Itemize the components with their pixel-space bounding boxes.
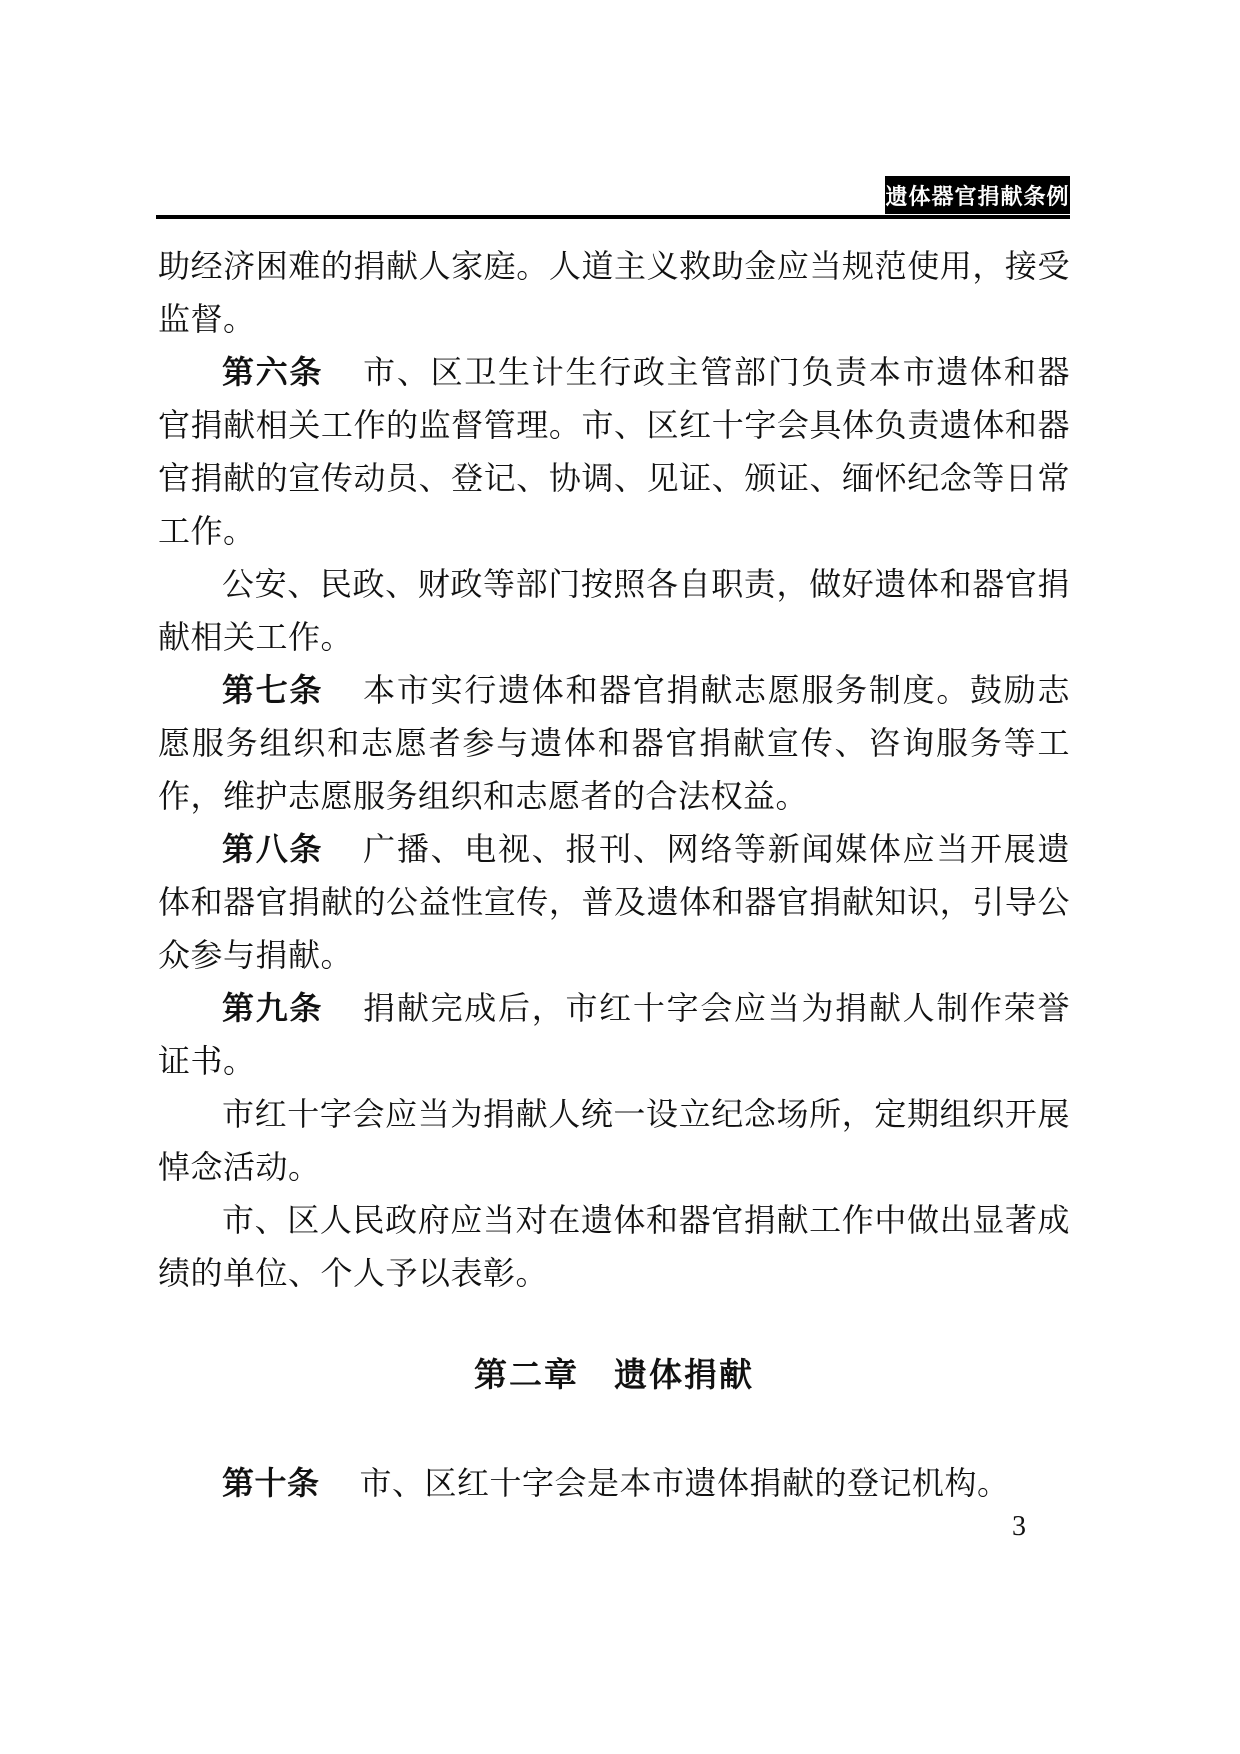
paragraph-text: 助经济困难的捐献人家庭。人道主义救助金应当规范使用，接受监督。 — [158, 248, 1070, 337]
article-number-prefix: 第六条 — [222, 354, 323, 390]
running-header-tab: 遗体器官捐献条例 — [885, 176, 1070, 214]
header-rule — [156, 215, 1070, 219]
paragraph: 市红十字会应当为捐献人统一设立纪念场所，定期组织开展悼念活动。 — [158, 1088, 1070, 1194]
document-page: 遗体器官捐献条例 助经济困难的捐献人家庭。人道主义救助金应当规范使用，接受监督。… — [0, 0, 1240, 1754]
paragraph: 助经济困难的捐献人家庭。人道主义救助金应当规范使用，接受监督。 — [158, 240, 1070, 346]
paragraph: 第八条广播、电视、报刊、网络等新闻媒体应当开展遗体和器官捐献的公益性宣传，普及遗… — [158, 823, 1070, 982]
document-body: 助经济困难的捐献人家庭。人道主义救助金应当规范使用，接受监督。 第六条市、区卫生… — [158, 240, 1070, 1510]
document-title: 遗体器官捐献条例 — [885, 180, 1069, 211]
paragraph: 市、区人民政府应当对在遗体和器官捐献工作中做出显著成绩的单位、个人予以表彰。 — [158, 1194, 1070, 1300]
paragraph: 第七条本市实行遗体和器官捐献志愿服务制度。鼓励志愿服务组织和志愿者参与遗体和器官… — [158, 664, 1070, 823]
article-number-prefix: 第七条 — [222, 672, 323, 708]
article-number-prefix: 第八条 — [222, 831, 323, 867]
article-number-prefix: 第九条 — [222, 990, 323, 1026]
page-number: 3 — [1012, 1510, 1026, 1544]
paragraph: 公安、民政、财政等部门按照各自职责，做好遗体和器官捐献相关工作。 — [158, 558, 1070, 664]
chapter-heading: 第二章 遗体捐献 — [158, 1348, 1070, 1401]
paragraph-text: 市红十字会应当为捐献人统一设立纪念场所，定期组织开展悼念活动。 — [158, 1096, 1070, 1185]
paragraph-text: 公安、民政、财政等部门按照各自职责，做好遗体和器官捐献相关工作。 — [158, 566, 1070, 655]
article-number-prefix: 第十条 — [222, 1465, 320, 1501]
paragraph-text: 市、区红十字会是本市遗体捐献的登记机构。 — [360, 1465, 1010, 1501]
paragraph: 第十条市、区红十字会是本市遗体捐献的登记机构。 — [158, 1457, 1070, 1510]
paragraph-text: 市、区人民政府应当对在遗体和器官捐献工作中做出显著成绩的单位、个人予以表彰。 — [158, 1202, 1070, 1291]
paragraph: 第六条市、区卫生计生行政主管部门负责本市遗体和器官捐献相关工作的监督管理。市、区… — [158, 346, 1070, 558]
paragraph: 第九条捐献完成后，市红十字会应当为捐献人制作荣誉证书。 — [158, 982, 1070, 1088]
